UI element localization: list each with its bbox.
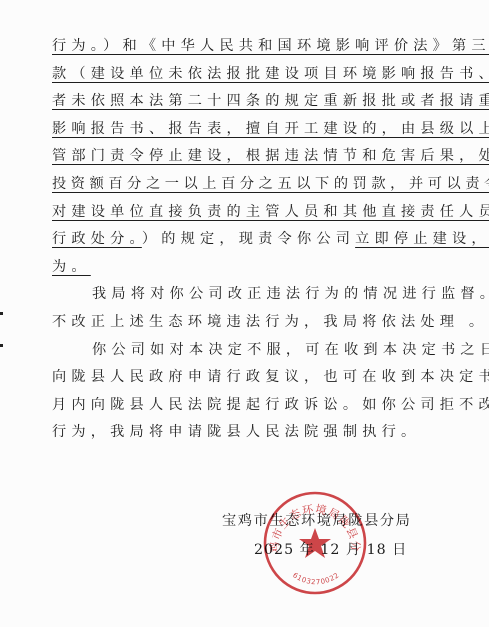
paragraph-appeal-rights: 你公司如对本决定不服，可在收到本决定书之日起六十日内 向陇县人民政府申请行政复议… [52, 337, 432, 447]
text-line: 投资额百分之一以上百分之五以下的罚款，并可以责令恢复原状； [52, 171, 432, 199]
scan-edge-mark [0, 344, 3, 347]
text-line: 行为。）和《中华人民共和国环境影响评价法》第三十一条第一 [52, 33, 432, 61]
text-line: 管部门责令停止建设，根据违法情节和危害后果，处建设项目总 [52, 143, 432, 171]
text-line: 向陇县人民政府申请行政复议，也可在收到本决定书之日起六个 [52, 364, 432, 392]
text-line: 为。 [52, 254, 432, 282]
text-line: 者未依照本法第二十四条的规定重新报批或者报请重新审核环境 [52, 88, 432, 116]
official-seal-icon: 宝鸡市生态环境局陇县分局 6103270022 [262, 490, 368, 596]
text-line: 款（建设单位未依法报批建设项目环境影响报告书、报告表，或 [52, 61, 432, 89]
scan-edge-mark [0, 312, 3, 315]
text-line: 你公司如对本决定不服，可在收到本决定书之日起六十日内 [52, 337, 432, 365]
text-line: 月内向陇县人民法院提起行政诉讼。如你公司拒不改正上述违法 [52, 392, 432, 420]
underlined-segment: 行政处分。 [52, 231, 142, 247]
text-line: 行政处分。）的规定，现责令你公司立即停止建设，改正违法行 [52, 226, 432, 254]
underlined-segment: 为。 [52, 259, 91, 275]
document-page: 行为。）和《中华人民共和国环境影响评价法》第三十一条第一 款（建设单位未依法报批… [0, 0, 489, 627]
text-line: 不改正上述生态环境违法行为，我局将依法处理 。 [52, 309, 432, 337]
text-line: 行为，我局将申请陇县人民法院强制执行。 [52, 419, 432, 447]
document-body: 行为。）和《中华人民共和国环境影响评价法》第三十一条第一 款（建设单位未依法报批… [52, 33, 432, 447]
plain-segment: ）的规定，现责令你公司 [142, 231, 355, 247]
text-line: 我局将对你公司改正违法行为的情况进行监督。如你公司拒 [52, 281, 432, 309]
paragraph-supervision: 我局将对你公司改正违法行为的情况进行监督。如你公司拒 不改正上述生态环境违法行为… [52, 281, 432, 336]
seal-code: 6103270022 [291, 571, 341, 586]
text-line: 影响报告书、报告表，擅自开工建设的，由县级以上生态环境主 [52, 116, 432, 144]
paragraph-legal-basis: 行为。）和《中华人民共和国环境影响评价法》第三十一条第一 款（建设单位未依法报批… [52, 33, 432, 281]
underlined-segment: 立即停止建设，改正违法行 [355, 231, 489, 247]
text-line: 对建设单位直接负责的主管人员和其他直接责任人员，依法给予 [52, 199, 432, 227]
svg-text:6103270022: 6103270022 [291, 571, 341, 586]
